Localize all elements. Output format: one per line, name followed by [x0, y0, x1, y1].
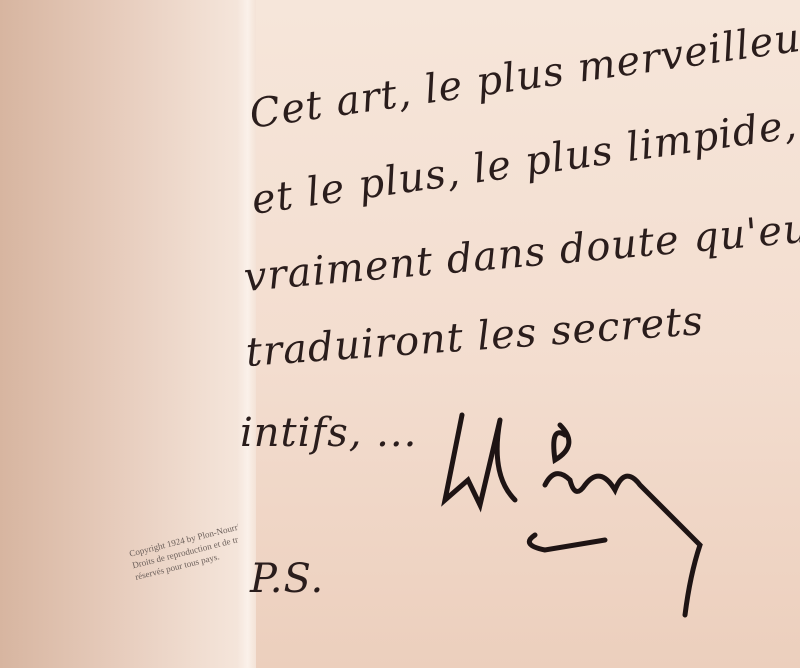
postscript: P.S. [250, 556, 324, 602]
inscription-line: intifs, ... [240, 410, 417, 456]
signature-icon [440, 405, 730, 635]
left-page: Copyright 1924 by Plon-Nourrit et Cie Dr… [0, 0, 250, 668]
